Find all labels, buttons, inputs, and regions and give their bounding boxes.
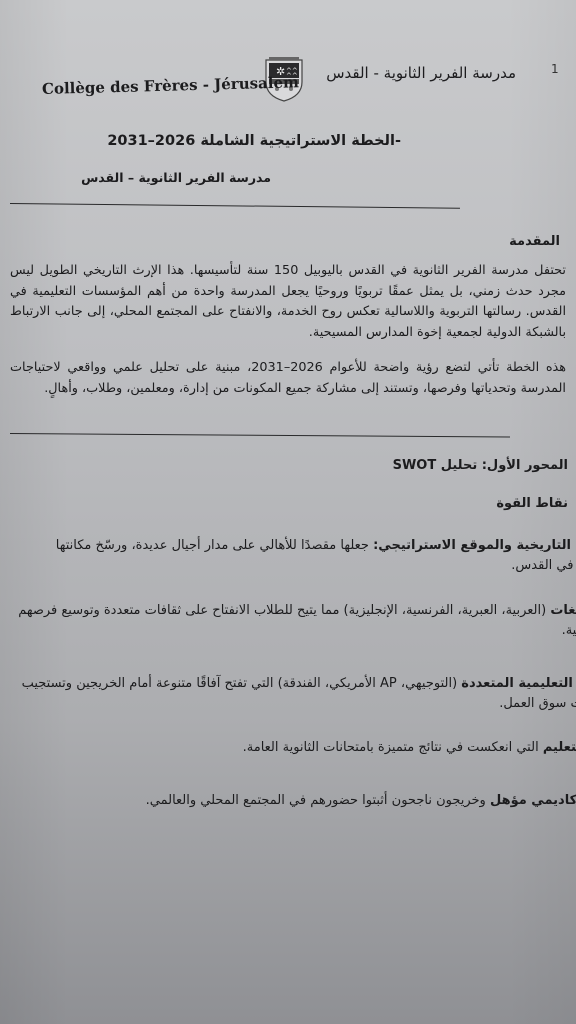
- list-item: 2. تنوع اللغات (العربية، العبرية، الفرنس…: [16, 601, 576, 641]
- item-text: وخريجون ناجحون أثبتوا حضورهم في المجتمع …: [146, 793, 490, 808]
- item-title: تنوع اللغات: [550, 603, 576, 618]
- item-title: السمعة التاريخية والموقع الاستراتيجي:: [373, 538, 576, 553]
- strengths-list: 1. السمعة التاريخية والموقع الاستراتيجي:…: [16, 0, 576, 1024]
- list-item: 5. طاقم أكاديمي مؤهل وخريجون ناجحون أثبت…: [16, 791, 576, 811]
- item-text: (العربية، العبرية، الفرنسية، الإنجليزية)…: [18, 603, 576, 638]
- list-item: 1. السمعة التاريخية والموقع الاستراتيجي:…: [16, 536, 576, 576]
- list-item: 4. جودة التعليم التي انعكست في نتائج متم…: [16, 738, 576, 758]
- item-title: البرامج التعليمية المتعددة: [461, 676, 576, 691]
- document-page: 1 مدرسة الفرير الثانوية - القدس ✲ ^^ ^^ …: [0, 0, 576, 1024]
- item-title: جودة التعليم: [543, 740, 576, 755]
- list-item: 3. البرامج التعليمية المتعددة (التوجيهي،…: [16, 674, 576, 714]
- item-text: التي انعكست في نتائج متميزة بامتحانات ال…: [243, 740, 543, 755]
- item-title: طاقم أكاديمي مؤهل: [490, 793, 576, 808]
